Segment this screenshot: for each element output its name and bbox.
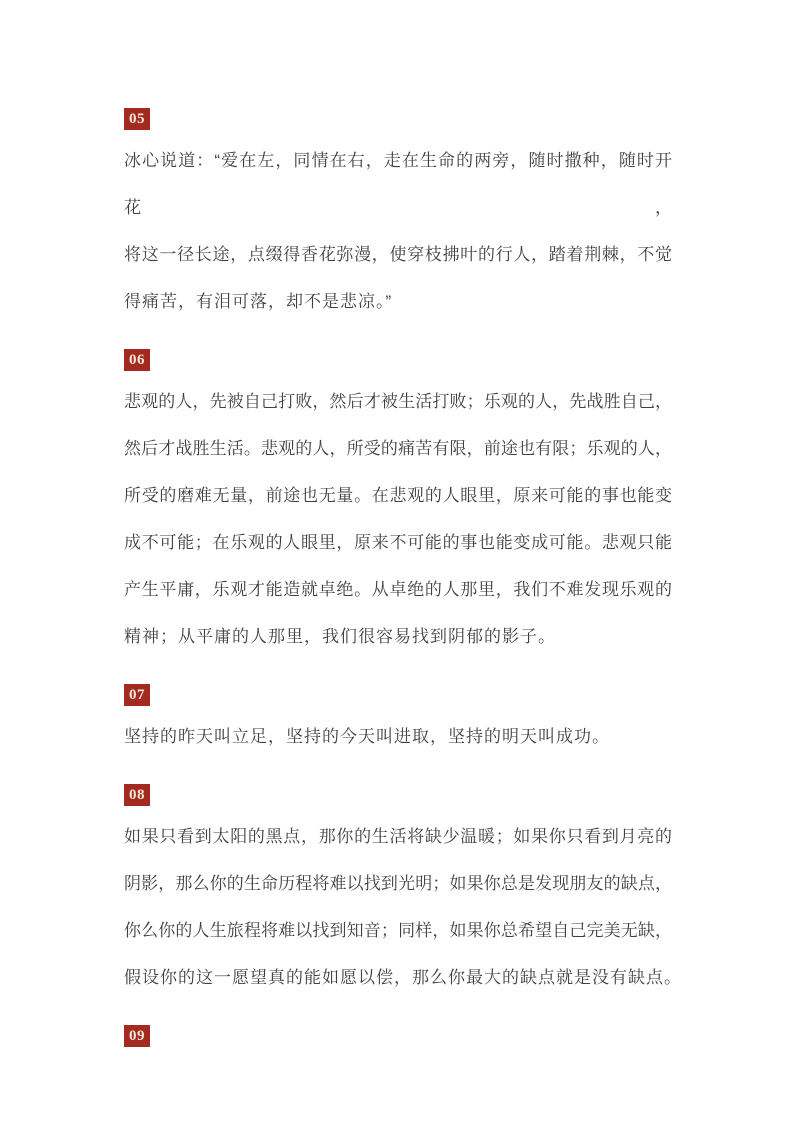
quote-section: 07坚持的昨天叫立足，坚持的今天叫进取，坚持的明天叫成功。 [124, 684, 672, 760]
quote-paragraph: 如果只看到太阳的黑点，那你的生活将缺少温暖；如果你只看到月亮的阴影，那么你的生命… [124, 813, 672, 1001]
document-page: 05冰心说道：“爱在左，同情在右，走在生命的两旁，随时撒种，随时开花，将这一径长… [0, 0, 793, 1054]
paragraph-line: 如果只看到太阳的黑点，那你的生活将缺少温暖；如果你只看到月亮的 [124, 813, 672, 860]
quote-paragraph: 坚持的昨天叫立足，坚持的今天叫进取，坚持的明天叫成功。 [124, 713, 672, 760]
paragraph-line: 坚持的昨天叫立足，坚持的今天叫进取，坚持的明天叫成功。 [124, 713, 672, 760]
section-number-badge: 06 [124, 349, 150, 371]
section-number-badge: 07 [124, 684, 150, 706]
paragraph-line: 产生平庸，乐观才能造就卓绝。从卓绝的人那里，我们不难发现乐观的 [124, 566, 672, 613]
paragraph-line: 悲观的人，先被自己打败，然后才被生活打败；乐观的人，先战胜自己， [124, 378, 672, 425]
paragraph-line: 精神；从平庸的人那里，我们很容易找到阴郁的影子。 [124, 613, 672, 660]
quote-section: 05冰心说道：“爱在左，同情在右，走在生命的两旁，随时撒种，随时开花，将这一径长… [124, 108, 672, 325]
paragraph-line: 阴影，那么你的生命历程将难以找到光明；如果你总是发现朋友的缺点， [124, 860, 672, 907]
quote-section: 09 [124, 1025, 672, 1054]
section-number-badge: 08 [124, 784, 150, 806]
section-number-badge: 09 [124, 1025, 150, 1047]
quote-paragraph: 悲观的人，先被自己打败，然后才被生活打败；乐观的人，先战胜自己，然后才战胜生活。… [124, 378, 672, 660]
section-number-badge: 05 [124, 108, 150, 130]
paragraph-line: 冰心说道：“爱在左，同情在右，走在生命的两旁，随时撒种，随时开花， [124, 137, 672, 231]
paragraph-line: 然后才战胜生活。悲观的人，所受的痛苦有限，前途也有限；乐观的人， [124, 425, 672, 472]
paragraph-line: 假设你的这一愿望真的能如愿以偿，那么你最大的缺点就是没有缺点。 [124, 954, 672, 1001]
quote-paragraph: 冰心说道：“爱在左，同情在右，走在生命的两旁，随时撒种，随时开花，将这一径长途，… [124, 137, 672, 325]
paragraph-line: 得痛苦，有泪可落，却不是悲凉。” [124, 278, 672, 325]
quote-section: 08如果只看到太阳的黑点，那你的生活将缺少温暖；如果你只看到月亮的阴影，那么你的… [124, 784, 672, 1001]
paragraph-line: 将这一径长途，点缀得香花弥漫，使穿枝拂叶的行人，踏着荆棘，不觉 [124, 231, 672, 278]
paragraph-line: 成不可能；在乐观的人眼里，原来不可能的事也能变成可能。悲观只能 [124, 519, 672, 566]
paragraph-line: 你么你的人生旅程将难以找到知音；同样，如果你总希望自己完美无缺， [124, 907, 672, 954]
paragraph-line: 所受的磨难无量，前途也无量。在悲观的人眼里，原来可能的事也能变 [124, 472, 672, 519]
quote-section: 06悲观的人，先被自己打败，然后才被生活打败；乐观的人，先战胜自己，然后才战胜生… [124, 349, 672, 660]
